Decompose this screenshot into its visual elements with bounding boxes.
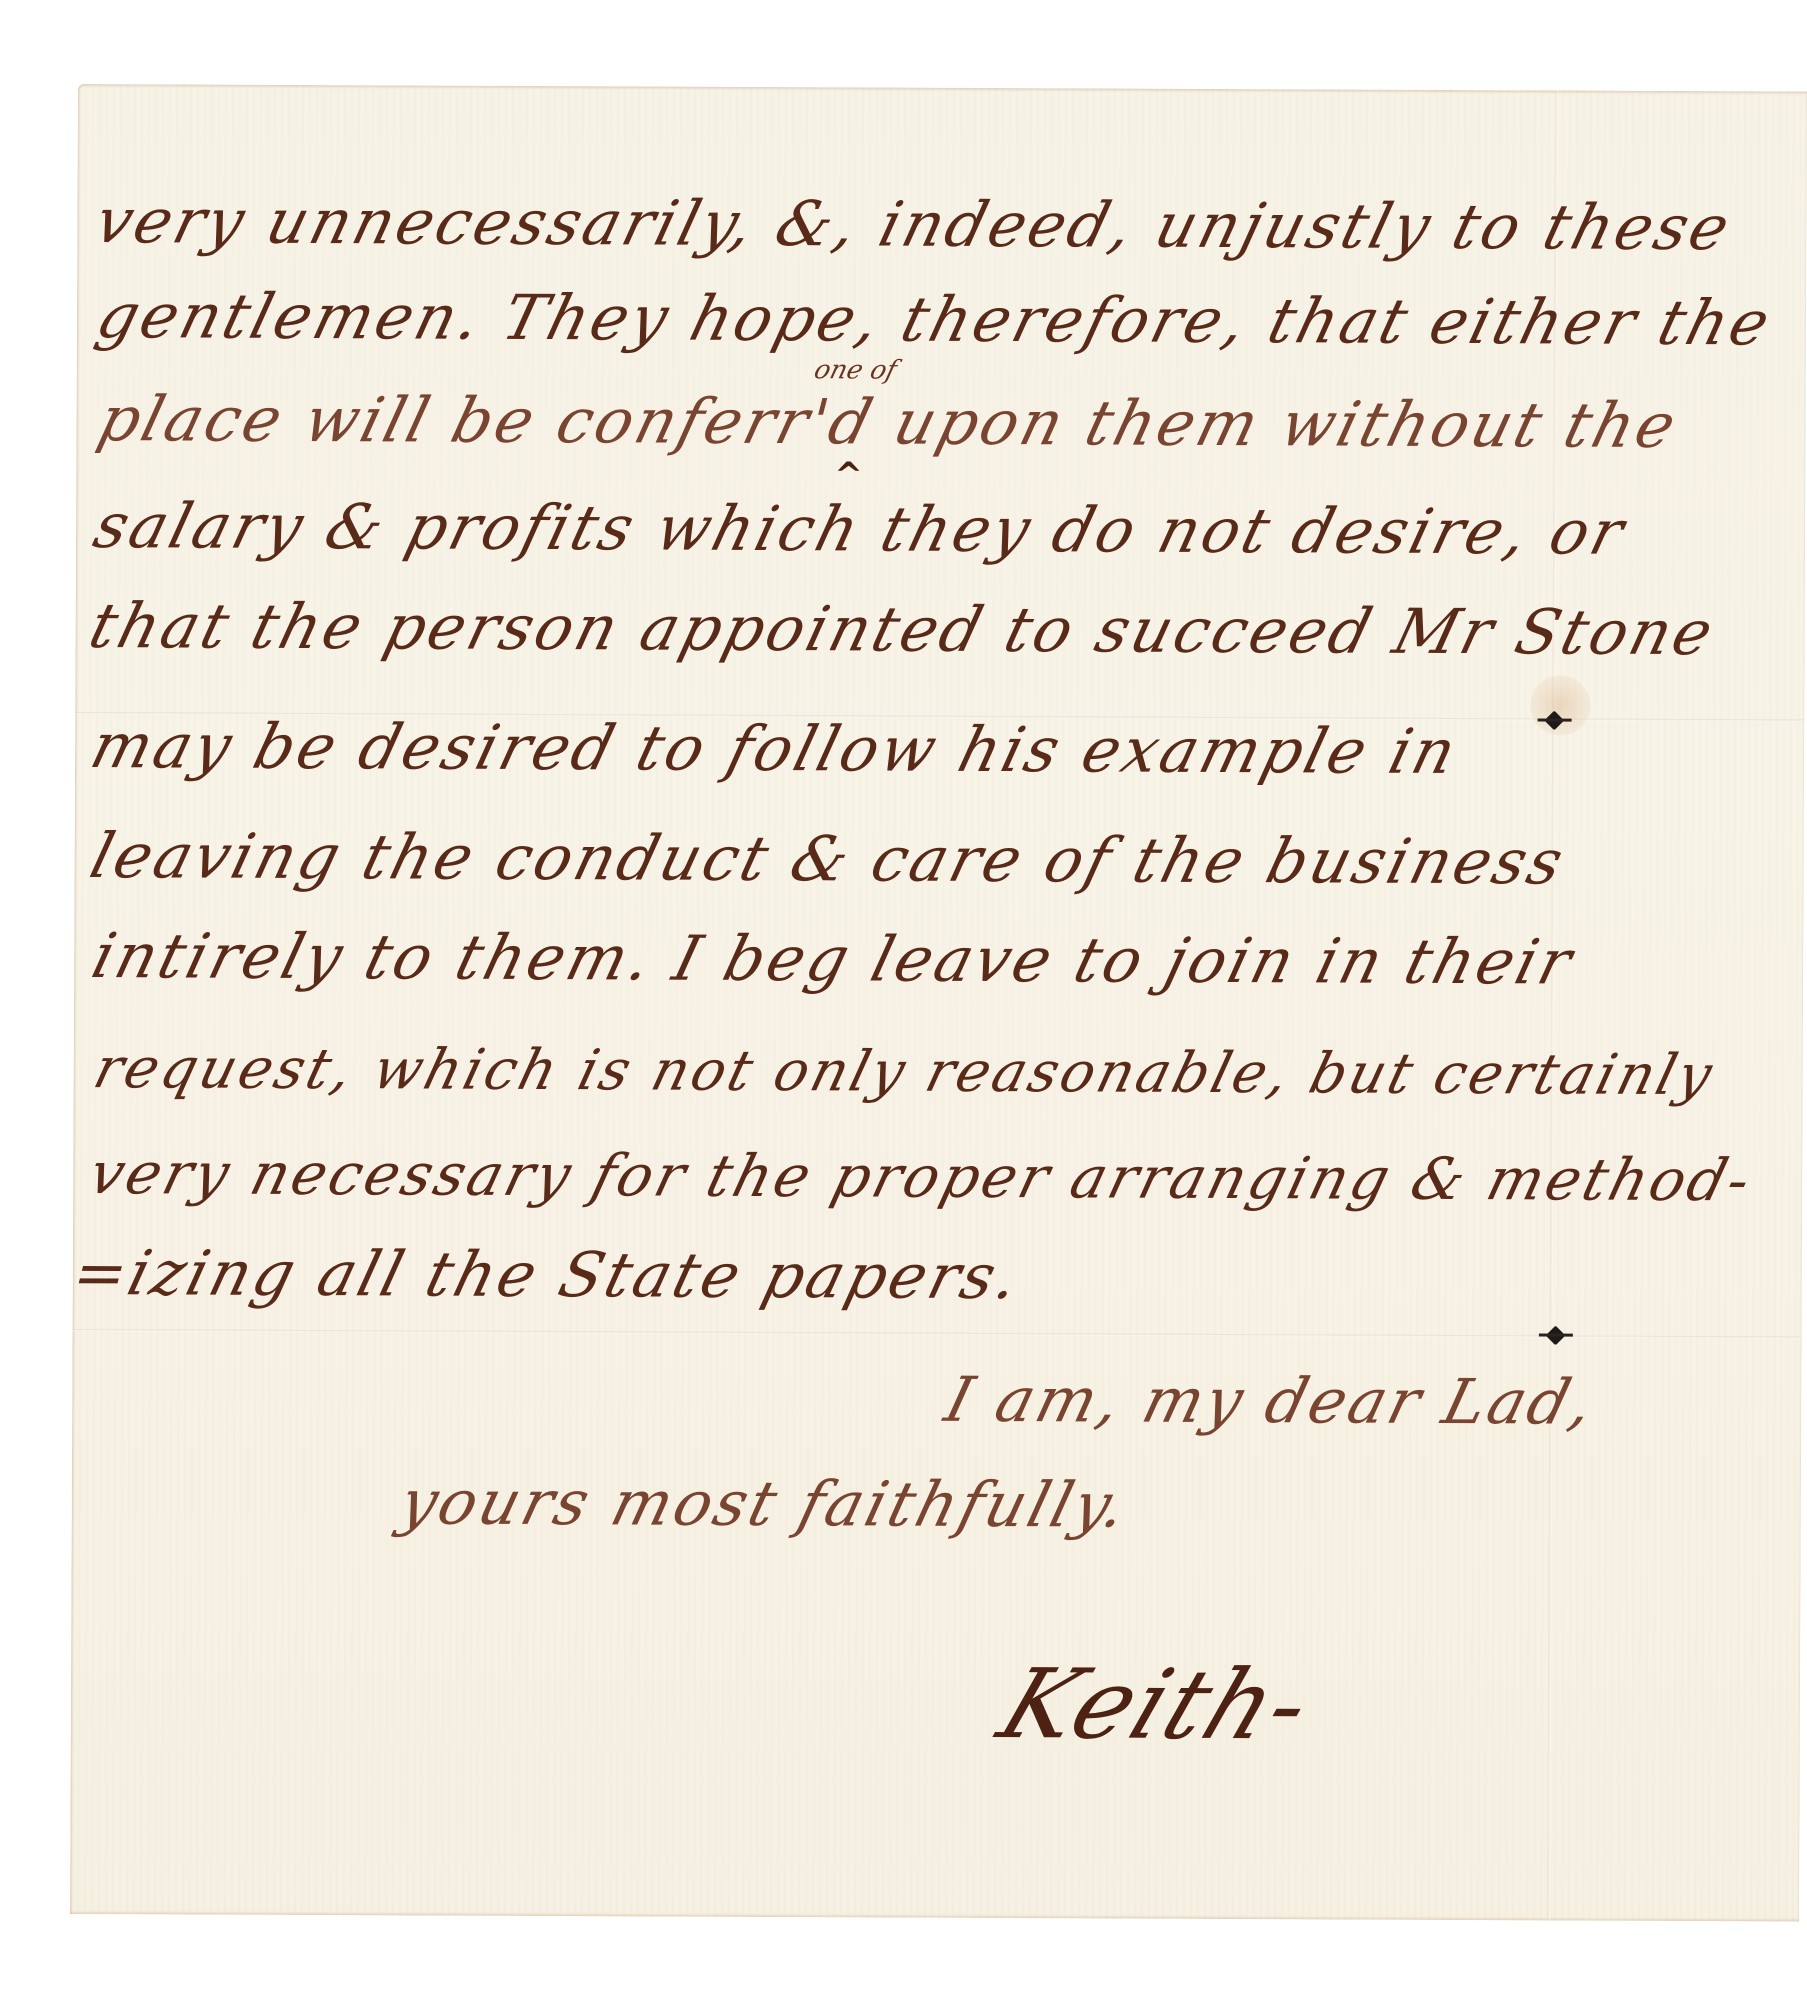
signature: Keith-	[985, 1648, 1328, 1761]
letter-line-1: very unnecessarily, &, indeed, unjustly …	[88, 184, 1739, 264]
letter-line-11: =izing all the State papers.	[66, 1236, 1030, 1313]
letter-page: very unnecessarily, &, indeed, unjustly …	[70, 84, 1807, 1922]
letter-line-2: gentlemen. They hope, therefore, that ei…	[90, 279, 1780, 359]
letter-line-5: that the person appointed to succeed Mr …	[82, 589, 1723, 669]
letter-line-10: very necessary for the proper arranging …	[83, 1139, 1760, 1214]
letter-line-8: intirely to them. I beg leave to join in…	[85, 919, 1582, 998]
letter-line-9: request, which is not only reasonable, b…	[87, 1036, 1721, 1108]
letter-line-7: leaving the conduct & care of the busine…	[83, 819, 1573, 898]
closing-line-2: yours most faithfully.	[393, 1465, 1137, 1541]
foxing-stain	[1530, 675, 1590, 735]
letter-line-6: may be desired to follow his example in	[84, 709, 1466, 788]
interlinear-insertion: one of	[811, 355, 900, 385]
letter-line-4: salary & profits which they do not desir…	[87, 489, 1634, 569]
insertion-caret-icon: ^	[834, 455, 863, 495]
closing-line-1: I am, my dear Lad,	[938, 1363, 1604, 1439]
letter-line-3: place will be conferr'd upon them withou…	[91, 382, 1686, 462]
fold-crease-vertical	[1547, 90, 1558, 1920]
